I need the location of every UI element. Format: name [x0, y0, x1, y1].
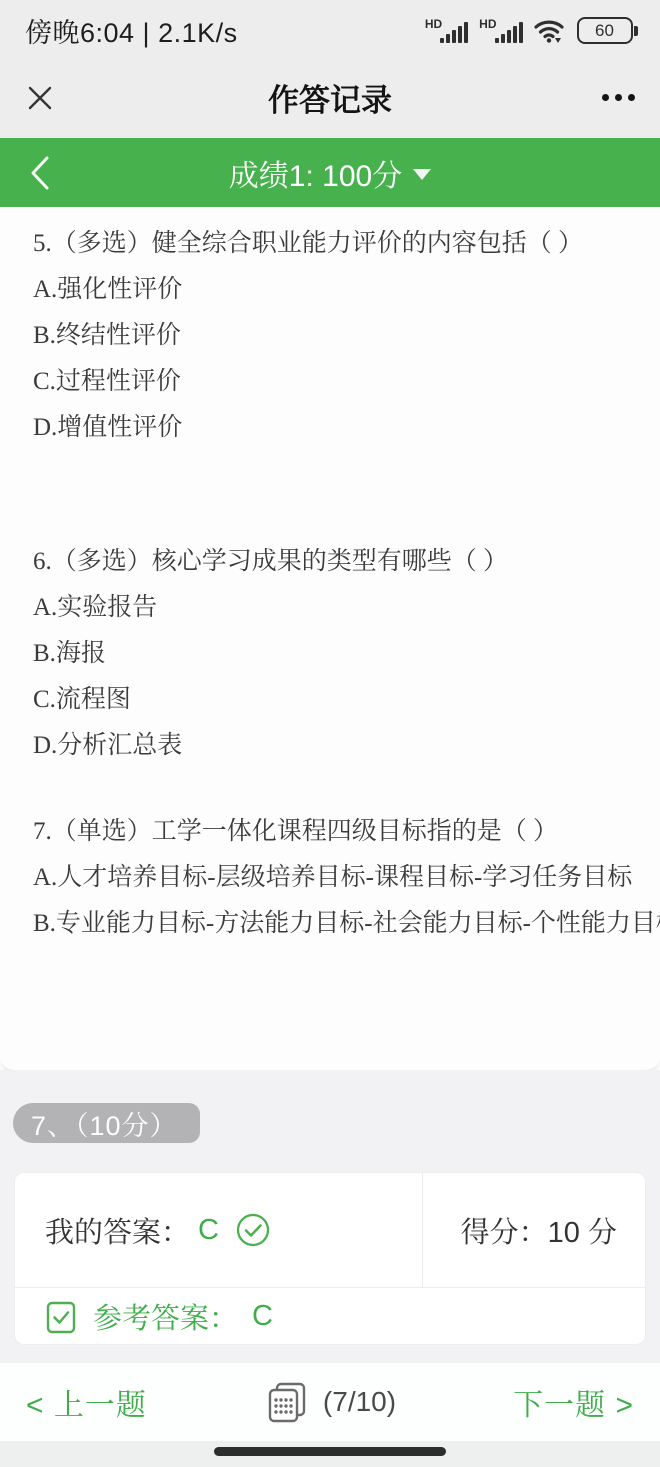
question-content: 5.（多选）健全综合职业能力评价的内容包括（ ） A.强化性评价 B.终结性评价…: [0, 207, 660, 1070]
battery-icon: 60: [577, 17, 639, 44]
progress-counter: (7/10): [323, 1386, 396, 1418]
score-dropdown[interactable]: 成绩1: 100分: [229, 151, 431, 195]
my-answer-value: C: [198, 1214, 219, 1247]
my-answer-label: 我的答案：: [45, 1210, 190, 1251]
score-cell: 得分： 10 分: [422, 1173, 645, 1287]
navigation-bar: 作答记录: [0, 57, 660, 138]
answer-sheet-progress[interactable]: (7/10): [264, 1379, 396, 1425]
answer-record-panel: 7、（10分） 我的答案： C 得分： 10 分: [0, 1070, 660, 1363]
question-option: D.分析汇总表: [33, 723, 632, 769]
question-6: 6.（多选）核心学习成果的类型有哪些（ ） A.实验报告 B.海报 C.流程图 …: [33, 539, 632, 769]
question-7: 7.（单选）工学一体化课程四级目标指的是（ ） A.人才培养目标-层级培养目标-…: [33, 809, 632, 947]
wifi-icon: [534, 18, 564, 44]
reference-answer-row: 参考答案： C: [15, 1288, 645, 1345]
score-header: 成绩1: 100分: [0, 138, 660, 207]
status-bar: 傍晚6:04 | 2.1K/s HD HD 60: [0, 0, 660, 57]
next-question-button[interactable]: 下一题 >: [513, 1380, 634, 1424]
reference-answer-label: 参考答案：: [93, 1296, 238, 1337]
question-option: A.人才培养目标-层级培养目标-课程目标-学习任务目标: [33, 855, 632, 901]
back-icon[interactable]: [28, 138, 52, 207]
time-and-network-speed: 傍晚6:04 | 2.1K/s: [25, 7, 238, 50]
close-icon[interactable]: [25, 83, 55, 113]
question-option: D.增值性评价: [33, 405, 632, 451]
question-5: 5.（多选）健全综合职业能力评价的内容包括（ ） A.强化性评价 B.终结性评价…: [33, 221, 632, 451]
checkbox-check-icon: [45, 1299, 77, 1335]
answer-card-top-row: 我的答案： C 得分： 10 分: [15, 1173, 645, 1288]
bottom-navigation: < 上一题 (7/10) 下一题 >: [0, 1363, 660, 1441]
score-label: 得分：: [461, 1210, 548, 1251]
question-title: 7.（单选）工学一体化课程四级目标指的是（ ）: [33, 809, 632, 855]
caret-down-icon: [413, 169, 431, 180]
cellular-signal-icon-sim1: HD: [425, 18, 468, 43]
reference-answer-value: C: [252, 1300, 273, 1333]
score-value: 10 分: [548, 1210, 617, 1251]
question-title: 5.（多选）健全综合职业能力评价的内容包括（ ）: [33, 221, 632, 267]
my-answer-cell: 我的答案： C: [15, 1173, 422, 1287]
page-title: 作答记录: [0, 75, 660, 120]
previous-question-button[interactable]: < 上一题: [26, 1380, 147, 1424]
home-indicator[interactable]: [214, 1447, 446, 1456]
question-option: C.流程图: [33, 677, 632, 723]
question-option: B.终结性评价: [33, 313, 632, 359]
status-icons: HD HD 60: [425, 13, 638, 44]
home-indicator-area: [0, 1441, 660, 1467]
app-screen: 傍晚6:04 | 2.1K/s HD HD 60: [0, 0, 660, 1467]
question-option: A.实验报告: [33, 585, 632, 631]
battery-percentage: 60: [577, 17, 633, 44]
question-score-badge: 7、（10分）: [13, 1103, 200, 1143]
question-option: A.强化性评价: [33, 267, 632, 313]
answer-sheet-icon: [264, 1379, 310, 1425]
correct-check-circle-icon: [235, 1212, 271, 1248]
cellular-signal-icon-sim2: HD: [479, 18, 522, 43]
question-option: B.专业能力目标-方法能力目标-社会能力目标-个性能力目标: [33, 901, 632, 947]
question-option: C.过程性评价: [33, 359, 632, 405]
answer-card: 我的答案： C 得分： 10 分: [14, 1172, 646, 1345]
question-title: 6.（多选）核心学习成果的类型有哪些（ ）: [33, 539, 632, 585]
question-option: B.海报: [33, 631, 632, 677]
score-title-text: 成绩1: 100分: [229, 151, 402, 195]
more-options-icon[interactable]: [602, 86, 635, 109]
